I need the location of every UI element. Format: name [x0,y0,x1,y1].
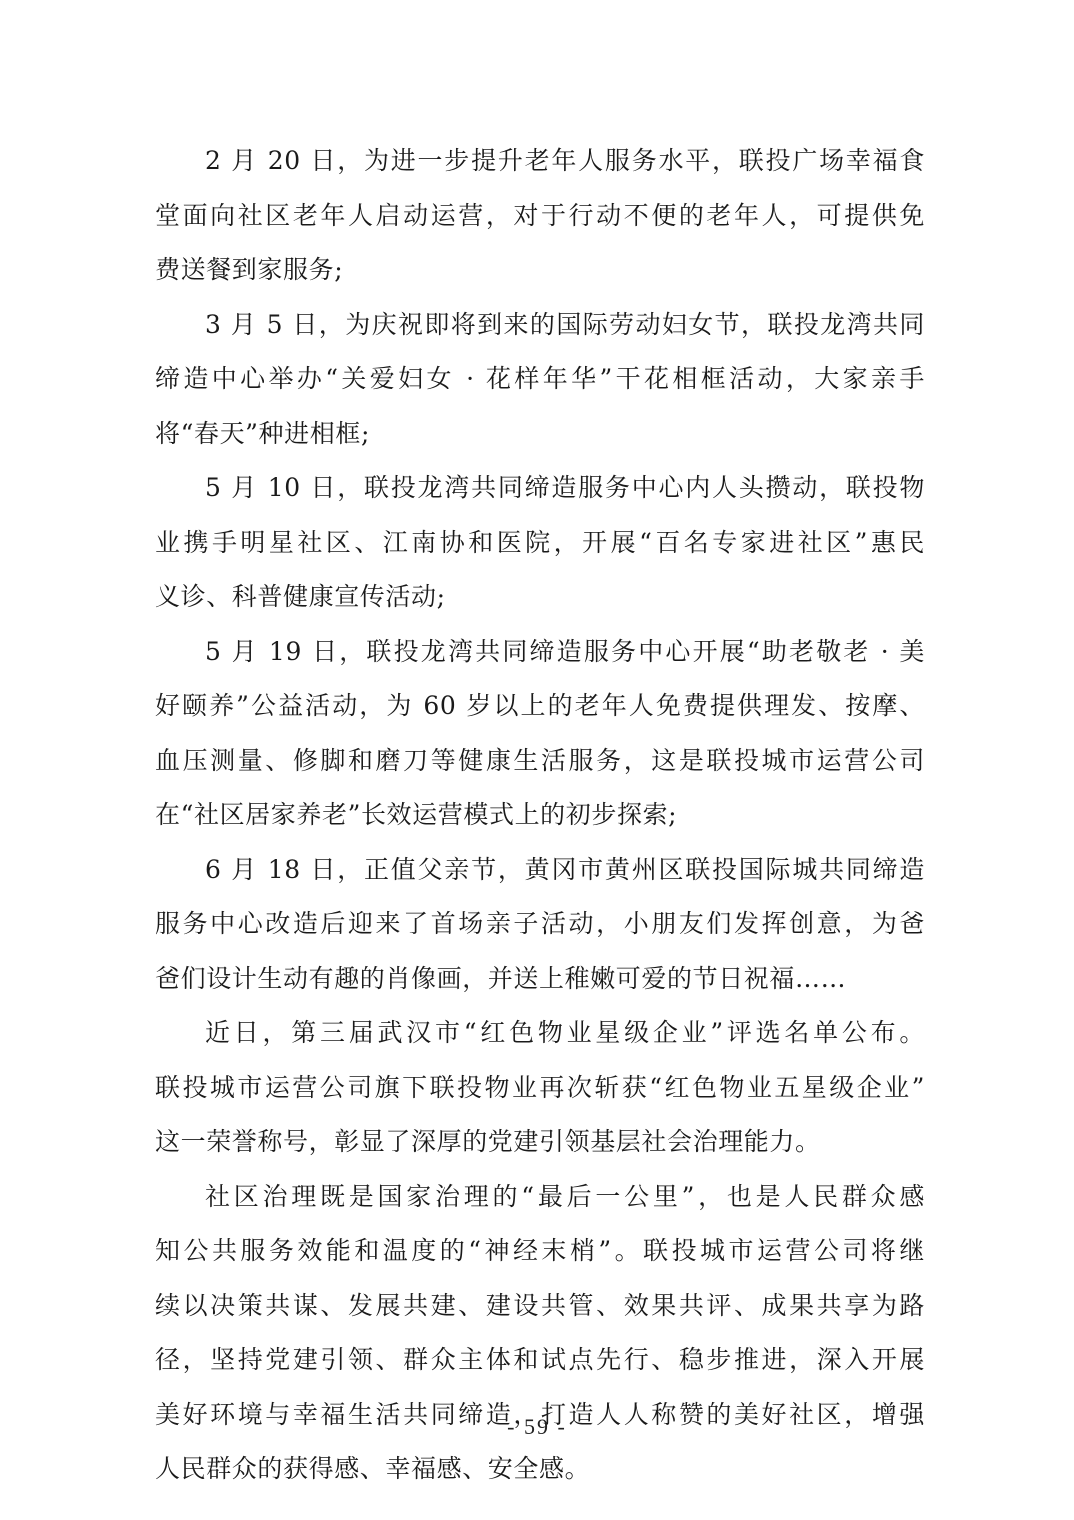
paragraph-6-line-3: 这一荣誉称号，彰显了深厚的党建引领基层社会治理能力。 [155,1115,925,1170]
paragraph-3-line-1: 5 月 10 日，联投龙湾共同缔造服务中心内人头攒动，联投物 [155,461,925,516]
paragraph-6-line-1: 近日，第三届武汉市“红色物业星级企业”评选名单公布。 [155,1006,925,1061]
paragraph-1-line-1: 2 月 20 日，为进一步提升老年人服务水平，联投广场幸福食 [155,134,925,189]
paragraph-7-line-1: 社区治理既是国家治理的“最后一公里”，也是人民群众感 [155,1170,925,1225]
paragraph-7-line-3: 续以决策共谋、发展共建、建设共管、效果共评、成果共享为路 [155,1279,925,1334]
paragraph-7-line-6: 人民群众的获得感、幸福感、安全感。 [155,1442,925,1497]
paragraph-1-line-2: 堂面向社区老年人启动运营，对于行动不便的老年人，可提供免 [155,189,925,244]
paragraph-5-line-3: 爸们设计生动有趣的肖像画，并送上稚嫩可爱的节日祝福…… [155,952,925,1007]
paragraph-2-line-1: 3 月 5 日，为庆祝即将到来的国际劳动妇女节，联投龙湾共同 [155,298,925,353]
body-text: 2 月 20 日，为进一步提升老年人服务水平，联投广场幸福食 堂面向社区老年人启… [155,134,925,1497]
paragraph-7-line-4: 径，坚持党建引领、群众主体和试点先行、稳步推进，深入开展 [155,1333,925,1388]
paragraph-7-line-2: 知公共服务效能和温度的“神经末梢”。联投城市运营公司将继 [155,1224,925,1279]
paragraph-2-line-3: 将“春天”种进相框; [155,407,925,462]
paragraph-4-line-2: 好颐养”公益活动，为 60 岁以上的老年人免费提供理发、按摩、 [155,679,925,734]
paragraph-4-line-4: 在“社区居家养老”长效运营模式上的初步探索; [155,788,925,843]
paragraph-4-line-3: 血压测量、修脚和磨刀等健康生活服务，这是联投城市运营公司 [155,734,925,789]
paragraph-5-line-1: 6 月 18 日，正值父亲节，黄冈市黄州区联投国际城共同缔造 [155,843,925,898]
paragraph-3-line-2: 业携手明星社区、江南协和医院，开展“百名专家进社区”惠民 [155,516,925,571]
page-number: - 59 - [0,1414,1074,1440]
paragraph-6-line-2: 联投城市运营公司旗下联投物业再次斩获“红色物业五星级企业” [155,1061,925,1116]
paragraph-1-line-3: 费送餐到家服务; [155,243,925,298]
document-page: 2 月 20 日，为进一步提升老年人服务水平，联投广场幸福食 堂面向社区老年人启… [0,0,1074,1520]
paragraph-2-line-2: 缔造中心举办“关爱妇女 · 花样年华”干花相框活动，大家亲手 [155,352,925,407]
paragraph-3-line-3: 义诊、科普健康宣传活动; [155,570,925,625]
paragraph-4-line-1: 5 月 19 日，联投龙湾共同缔造服务中心开展“助老敬老 · 美 [155,625,925,680]
paragraph-5-line-2: 服务中心改造后迎来了首场亲子活动，小朋友们发挥创意，为爸 [155,897,925,952]
